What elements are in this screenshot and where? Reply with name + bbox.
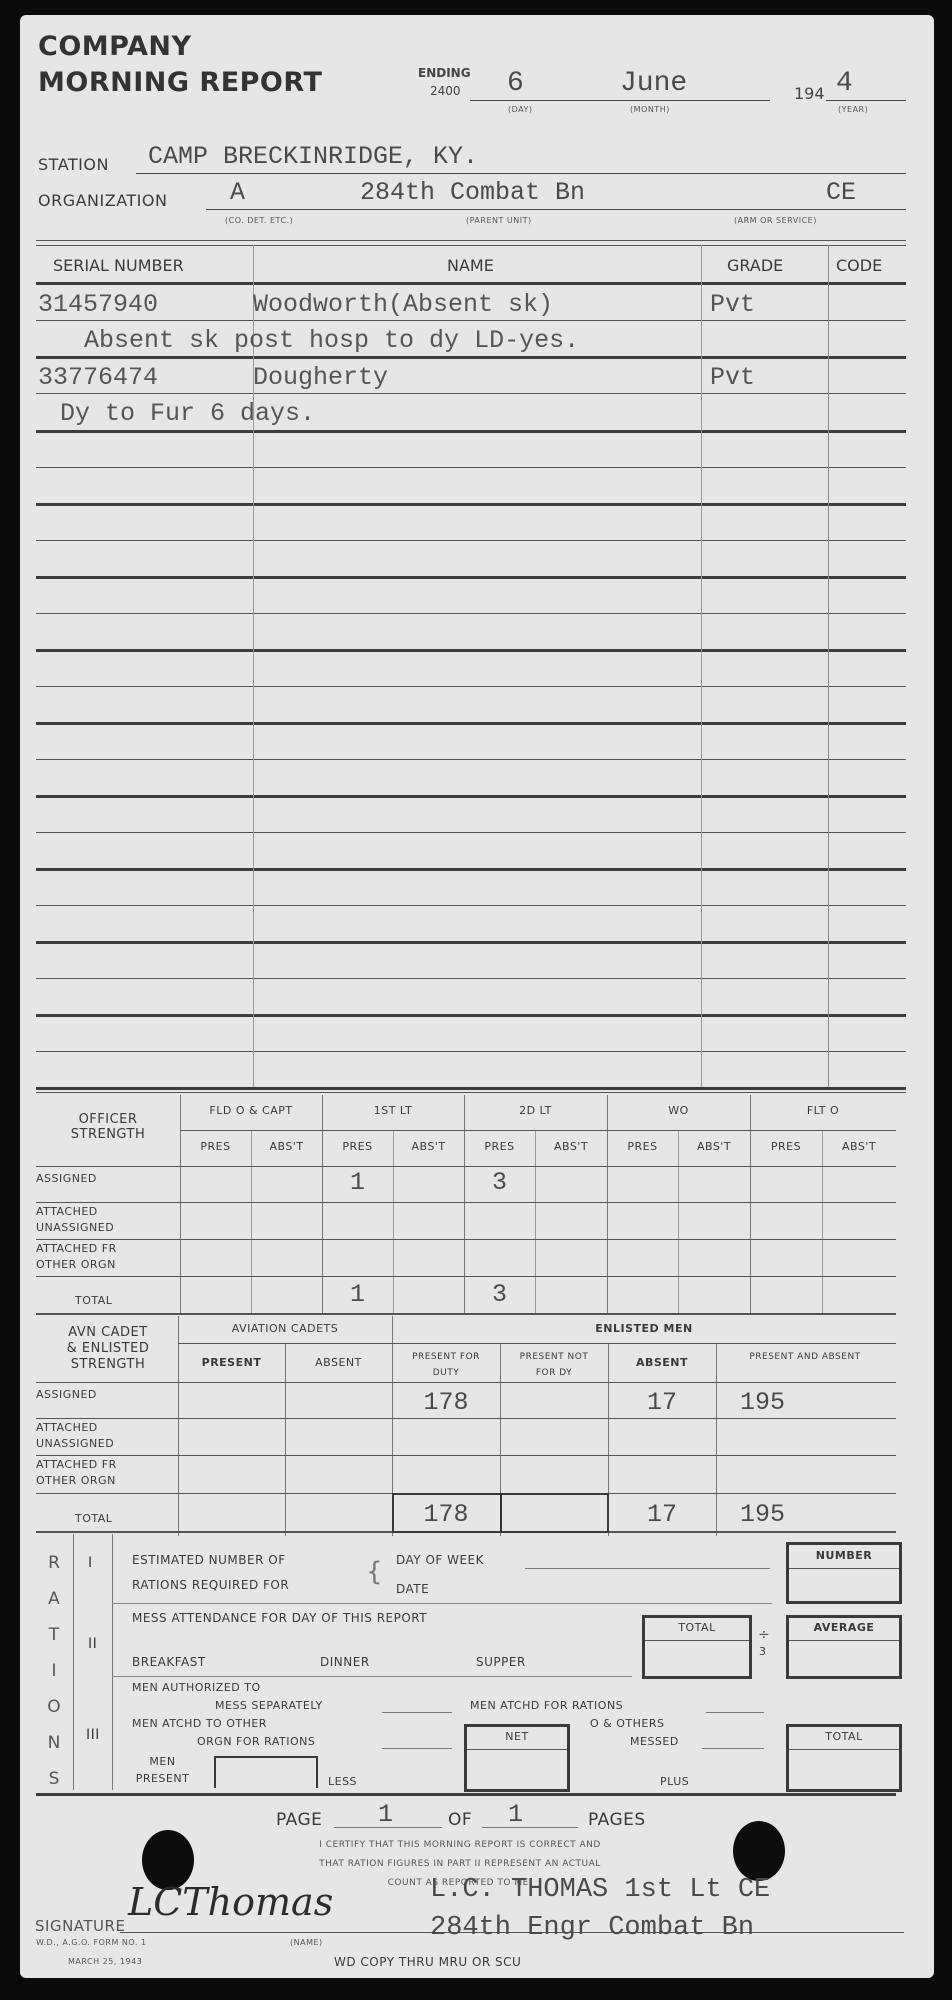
report-day: 6 bbox=[507, 68, 524, 99]
auth-mess-label: MESS SEPARATELY bbox=[215, 1699, 323, 1712]
assigned-present-and-absent: 195 bbox=[740, 1388, 785, 1417]
date-label: DATE bbox=[396, 1582, 429, 1596]
row-label-assigned: ASSIGNED bbox=[36, 1388, 97, 1401]
name-caption: (NAME) bbox=[290, 1938, 323, 1947]
organization-label: ORGANIZATION bbox=[38, 191, 167, 210]
entry-serial: 33776474 bbox=[38, 363, 158, 392]
officer-strength-title: OFFICER STRENGTH bbox=[36, 1112, 180, 1142]
row-label-attached-unassigned: ATTACHED UNASSIGNED bbox=[36, 1420, 146, 1452]
total-pages: 1 bbox=[508, 1800, 523, 1829]
total-box-label: TOTAL bbox=[642, 1621, 752, 1634]
signature-label: SIGNATURE bbox=[35, 1917, 125, 1935]
row-label-total: TOTAL bbox=[75, 1512, 112, 1525]
divisor: 3 bbox=[759, 1645, 767, 1658]
typed-name: L.C. THOMAS 1st Lt CE bbox=[430, 1875, 770, 1905]
enlisted-strength-title: AVN CADET & ENLISTED STRENGTH bbox=[36, 1325, 180, 1373]
officer-total-1st-lt-pres: 1 bbox=[322, 1280, 393, 1309]
group-flt-o: FLT O bbox=[750, 1104, 896, 1117]
total-box-label: TOTAL bbox=[786, 1730, 902, 1743]
arm-caption: (ARM OR SERVICE) bbox=[734, 216, 817, 225]
entry-serial: 31457940 bbox=[38, 290, 158, 319]
group-wo: WO bbox=[607, 1104, 750, 1117]
entry-grade: Pvt bbox=[710, 363, 755, 392]
station-value: CAMP BRECKINRIDGE, KY. bbox=[148, 142, 478, 171]
atchd-other-orgn-label: ORGN FOR RATIONS bbox=[197, 1735, 315, 1748]
entry-name: Woodworth(Absent sk) bbox=[253, 290, 553, 319]
average-box-label: AVERAGE bbox=[786, 1621, 902, 1634]
subheader-pres: PRES bbox=[750, 1140, 822, 1153]
subheader-pres: PRES bbox=[180, 1140, 251, 1153]
auth-mess-label: MEN AUTHORIZED TO bbox=[132, 1681, 261, 1694]
page-label: PAGE bbox=[276, 1810, 322, 1830]
col-present-for-duty: PRESENT FOR DUTY bbox=[400, 1349, 492, 1381]
plus-label: PLUS bbox=[660, 1775, 689, 1788]
form-date: MARCH 25, 1943 bbox=[68, 1957, 142, 1966]
copy-note: WD COPY THRU MRU OR SCU bbox=[334, 1955, 521, 1969]
part1-numeral: I bbox=[88, 1555, 93, 1571]
company-caption: (CO. DET. ETC.) bbox=[225, 216, 293, 225]
men-present-label: MEN PRESENT bbox=[110, 1753, 215, 1787]
organization-company: A bbox=[230, 178, 245, 207]
row-label-assigned: ASSIGNED bbox=[36, 1172, 97, 1185]
net-box-label: NET bbox=[464, 1730, 570, 1743]
signature: LCThomas bbox=[128, 1880, 333, 1924]
grade-header: GRADE bbox=[727, 256, 783, 275]
form-title-line2: MORNING REPORT bbox=[38, 66, 322, 100]
entry-grade: Pvt bbox=[710, 290, 755, 319]
men-atchd-for-rations-label: MEN ATCHD FOR RATIONS bbox=[470, 1699, 623, 1712]
row-label-total: TOTAL bbox=[75, 1294, 112, 1307]
report-year: 4 bbox=[836, 68, 853, 99]
col-absent: ABSENT bbox=[608, 1356, 716, 1369]
officer-assigned-2d-lt-pres: 3 bbox=[464, 1168, 535, 1197]
subheader-abst: ABS'T bbox=[251, 1140, 322, 1153]
group-enlisted-men: ENLISTED MEN bbox=[392, 1322, 896, 1335]
report-month: June bbox=[620, 68, 687, 99]
year-caption: (YEAR) bbox=[838, 105, 868, 114]
page-number: 1 bbox=[378, 1800, 393, 1829]
subheader-abst: ABS'T bbox=[535, 1140, 607, 1153]
total-present-for-duty: 178 bbox=[392, 1500, 500, 1529]
officer-assigned-1st-lt-pres: 1 bbox=[322, 1168, 393, 1197]
col-avn-absent: ABSENT bbox=[285, 1356, 392, 1369]
subheader-abst: ABS'T bbox=[822, 1140, 896, 1153]
ending-label: ENDING bbox=[418, 66, 471, 80]
supper-label: SUPPER bbox=[476, 1655, 526, 1669]
total-present-and-absent: 195 bbox=[740, 1500, 785, 1529]
entry-remark: Dy to Fur 6 days. bbox=[60, 399, 315, 428]
officer-total-2d-lt-pres: 3 bbox=[464, 1280, 535, 1309]
group-1st-lt: 1ST LT bbox=[322, 1104, 464, 1117]
entry-name: Dougherty bbox=[253, 363, 388, 392]
col-avn-present: PRESENT bbox=[178, 1356, 285, 1369]
row-label-attached-fr-other-orgn: ATTACHED FR OTHER ORGN bbox=[36, 1457, 156, 1489]
group-2d-lt: 2D LT bbox=[464, 1104, 607, 1117]
of-label: OF bbox=[448, 1810, 472, 1830]
assigned-present-for-duty: 178 bbox=[392, 1388, 500, 1417]
breakfast-label: BREAKFAST bbox=[132, 1655, 206, 1669]
subheader-pres: PRES bbox=[607, 1140, 678, 1153]
o-others-messed-label: MESSED bbox=[630, 1735, 679, 1748]
dinner-label: DINNER bbox=[320, 1655, 370, 1669]
form-title-line1: COMPANY bbox=[38, 30, 192, 64]
o-others-messed-label: O & OTHERS bbox=[590, 1717, 664, 1730]
day-caption: (DAY) bbox=[508, 105, 533, 114]
name-header: NAME bbox=[447, 256, 494, 275]
pages-label: PAGES bbox=[588, 1810, 646, 1830]
mess-attendance-label: MESS ATTENDANCE FOR DAY OF THIS REPORT bbox=[132, 1611, 427, 1625]
serial-number-header: SERIAL NUMBER bbox=[53, 256, 184, 275]
station-label: STATION bbox=[38, 155, 109, 174]
day-of-week-label: DAY OF WEEK bbox=[396, 1553, 484, 1567]
subheader-pres: PRES bbox=[322, 1140, 393, 1153]
organization-parent-unit: 284th Combat Bn bbox=[360, 178, 585, 207]
divide-icon: ÷ bbox=[758, 1627, 770, 1643]
less-label: LESS bbox=[328, 1775, 357, 1788]
group-aviation-cadets: AVIATION CADETS bbox=[178, 1322, 392, 1335]
subheader-abst: ABS'T bbox=[393, 1140, 464, 1153]
typed-unit: 284th Engr Combat Bn bbox=[430, 1913, 754, 1943]
subheader-pres: PRES bbox=[464, 1140, 535, 1153]
entry-remark: Absent sk post hosp to dy LD-yes. bbox=[84, 326, 579, 355]
part3-numeral: III bbox=[86, 1727, 100, 1743]
col-present-and-absent: PRESENT AND ABSENT bbox=[740, 1349, 870, 1365]
row-label-attached-unassigned: ATTACHED UNASSIGNED bbox=[36, 1204, 146, 1236]
organization-arm: CE bbox=[826, 178, 856, 207]
part2-numeral: II bbox=[88, 1636, 97, 1652]
rations-side-label: R A T I O N S bbox=[36, 1545, 72, 1797]
parent-caption: (PARENT UNIT) bbox=[466, 216, 532, 225]
part1-label: ESTIMATED NUMBER OF bbox=[132, 1553, 286, 1567]
part1-label: RATIONS REQUIRED FOR bbox=[132, 1578, 289, 1592]
col-present-not-for-dy: PRESENT NOT FOR DY bbox=[508, 1349, 600, 1381]
atchd-other-orgn-label: MEN ATCHD TO OTHER bbox=[132, 1717, 267, 1730]
form-number: W.D., A.G.O. FORM NO. 1 bbox=[36, 1938, 147, 1947]
brace-icon: { bbox=[366, 1550, 383, 1594]
group-fld-o-capt: FLD O & CAPT bbox=[180, 1104, 322, 1117]
month-caption: (MONTH) bbox=[630, 105, 670, 114]
code-header: CODE bbox=[836, 256, 882, 275]
row-label-attached-fr-other-orgn: ATTACHED FR OTHER ORGN bbox=[36, 1241, 156, 1273]
ending-time: 2400 bbox=[430, 84, 461, 98]
subheader-abst: ABS'T bbox=[678, 1140, 750, 1153]
assigned-absent: 17 bbox=[608, 1388, 716, 1417]
number-box-label: NUMBER bbox=[786, 1549, 902, 1562]
year-prefix: 194 bbox=[794, 84, 825, 103]
punch-hole-right bbox=[733, 1821, 785, 1881]
total-absent: 17 bbox=[608, 1500, 716, 1529]
